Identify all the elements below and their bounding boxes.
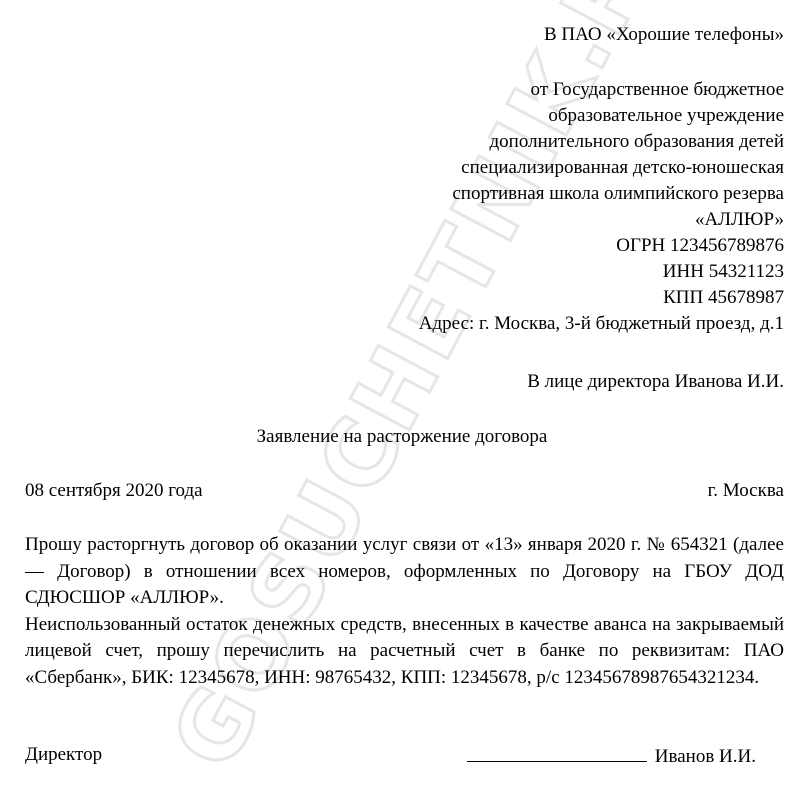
sender-address: Адрес: г. Москва, 3-й бюджетный проезд, …: [419, 311, 784, 337]
signature-row: Директор Иванов И.И.: [25, 742, 756, 770]
sender-kpp: КПП 45678987: [419, 285, 784, 311]
document-city: г. Москва: [708, 478, 784, 504]
sender-line: от Государственное бюджетное: [419, 77, 784, 103]
sender-line: образовательное учреждение: [419, 103, 784, 129]
sender-line: спортивная школа олимпийского резерва: [419, 181, 784, 207]
sender-ogrn: ОГРН 123456789876: [419, 233, 784, 259]
sender-line: «АЛЛЮР»: [419, 207, 784, 233]
date-place-row: 08 сентября 2020 года г. Москва: [25, 478, 784, 504]
body-paragraph: Неиспользованный остаток денежных средст…: [25, 612, 784, 692]
representative-line: В лице директора Иванова И.И.: [527, 369, 784, 395]
document-body: Прошу расторгнуть договор об оказании ус…: [25, 532, 784, 692]
addressee-line: В ПАО «Хорошие телефоны»: [544, 22, 784, 48]
sender-line: дополнительного образования детей: [419, 129, 784, 155]
document-title: Заявление на расторжение договора: [0, 424, 804, 450]
signatory-position: Директор: [25, 742, 102, 770]
sender-inn: ИНН 54321123: [419, 259, 784, 285]
document-date: 08 сентября 2020 года: [25, 478, 203, 504]
signature-block: Иванов И.И.: [467, 742, 756, 770]
addressee: В ПАО «Хорошие телефоны»: [544, 22, 784, 48]
document-page: GOSUCHETNIK.RU В ПАО «Хорошие телефоны» …: [0, 0, 804, 808]
sender-line: специализированная детско-юношеская: [419, 155, 784, 181]
sender-block: от Государственное бюджетное образовател…: [419, 77, 784, 337]
representative: В лице директора Иванова И.И.: [527, 369, 784, 395]
signature-line: [467, 742, 647, 762]
body-paragraph: Прошу расторгнуть договор об оказании ус…: [25, 532, 784, 612]
signatory-name: Иванов И.И.: [655, 744, 756, 770]
